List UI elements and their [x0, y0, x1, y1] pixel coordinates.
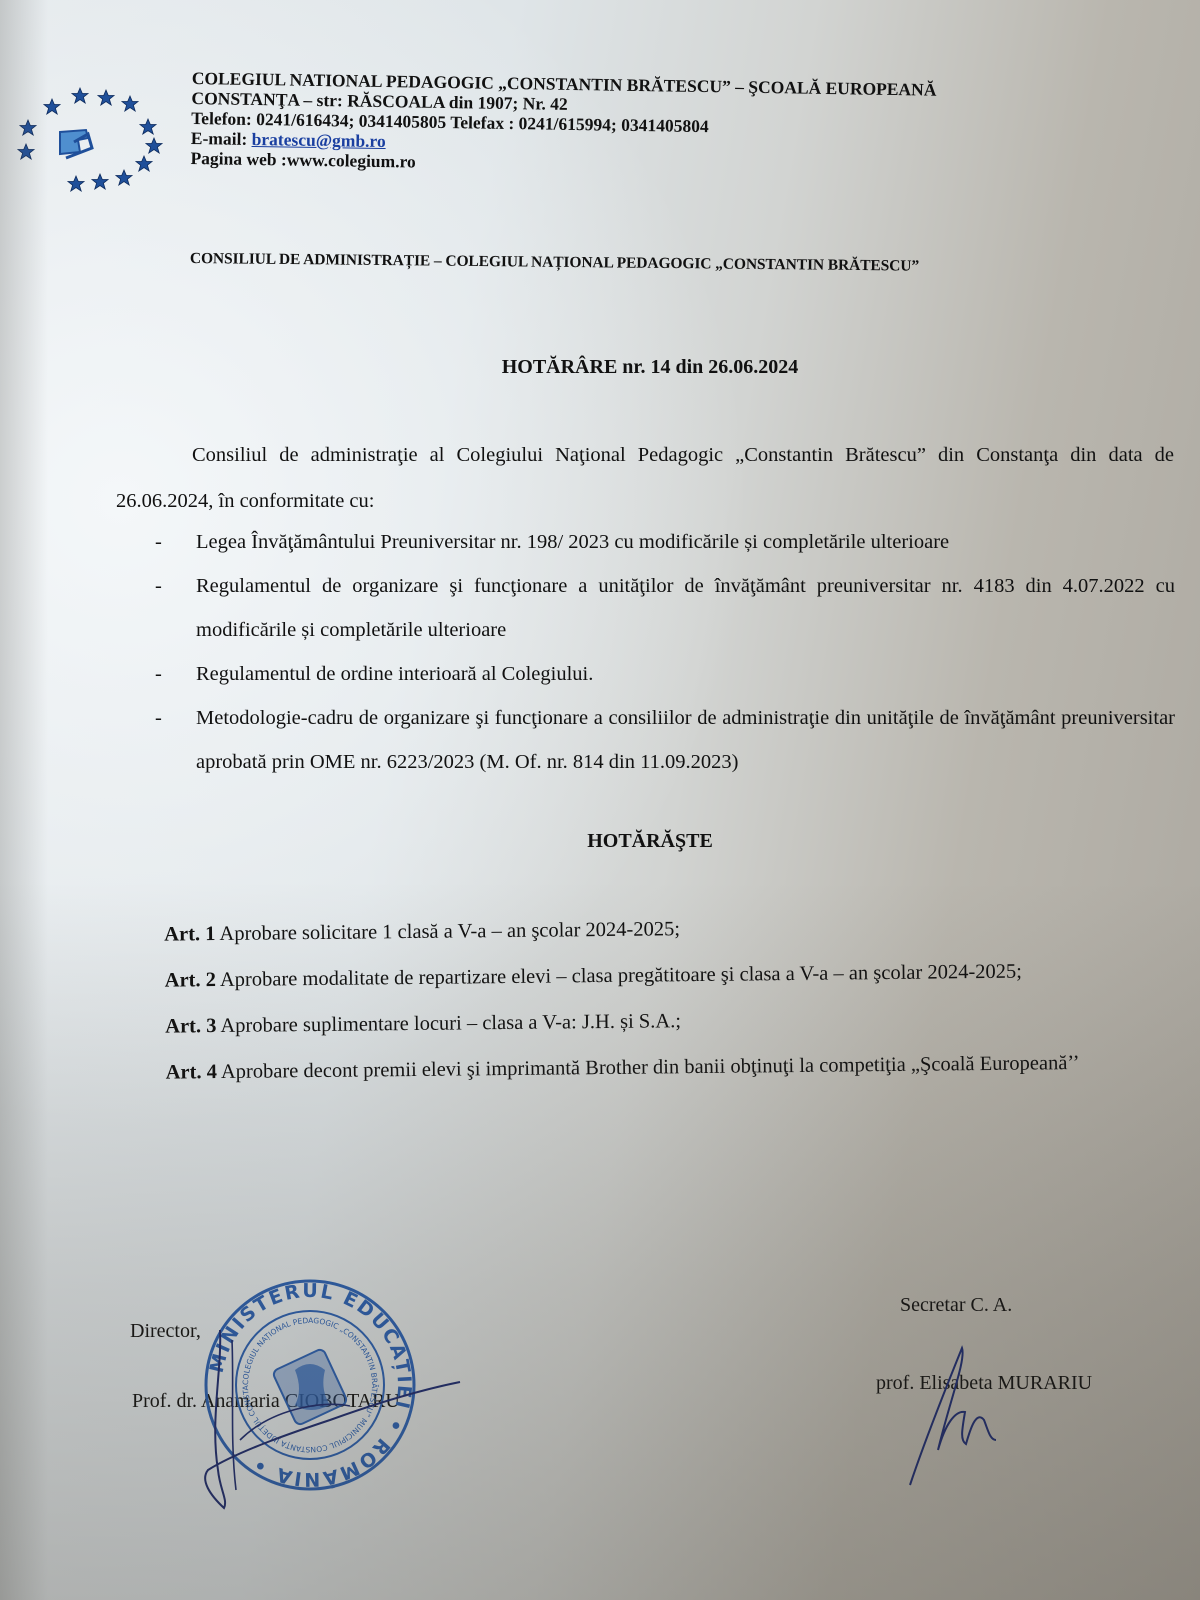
intro-paragraph: Consiliul de administraţie al Colegiului…: [116, 432, 1174, 524]
decides-heading: HOTĂRĂŞTE: [0, 830, 1200, 853]
council-heading: CONSILIUL DE ADMINISTRAȚIE – COLEGIUL NA…: [190, 250, 919, 276]
list-item: -Regulamentul de ordine interioară al Co…: [150, 652, 1175, 696]
article-4: Art. 4 Aprobare decont premii elevi şi i…: [127, 1039, 1177, 1096]
director-signature-icon: [180, 1330, 470, 1510]
decision-title: HOTĂRÂRE nr. 14 din 26.06.2024: [0, 356, 1200, 379]
secretary-signature-icon: [900, 1340, 1020, 1490]
institution-header: COLEGIUL NATIONAL PEDAGOGIC „CONSTANTIN …: [190, 68, 936, 180]
list-item: -Legea Învăţământului Preuniversitar nr.…: [150, 520, 1175, 564]
list-item: -Metodologie-cadru de organizare şi func…: [150, 696, 1175, 784]
legal-references-list: -Legea Învăţământului Preuniversitar nr.…: [150, 520, 1175, 784]
secretary-label: Secretar C. A.: [900, 1294, 1012, 1317]
list-item: -Regulamentul de organizare şi funcţiona…: [150, 564, 1175, 652]
articles-list: Art. 1 Aprobare solicitare 1 clasă a V-a…: [126, 901, 1178, 1096]
eu-stars-school-logo-icon: [8, 82, 168, 197]
email-link[interactable]: bratescu@gmb.ro: [252, 129, 386, 151]
intro-text: Consiliul de administraţie al Colegiului…: [116, 432, 1174, 524]
